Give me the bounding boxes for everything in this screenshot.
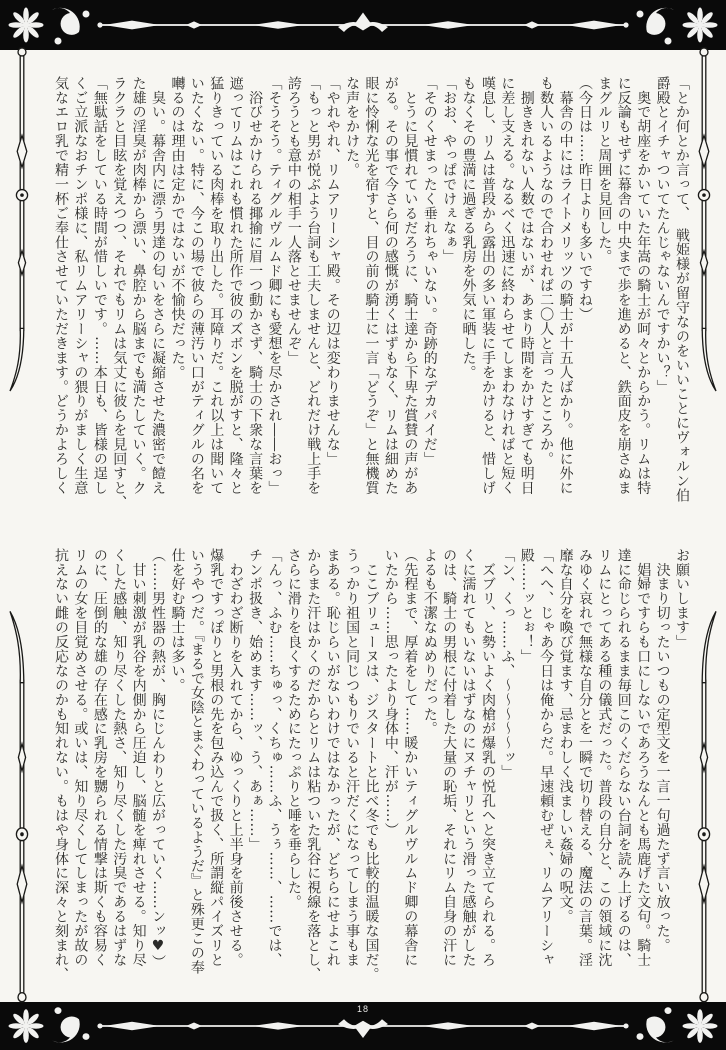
text-column: 「無駄話をしている時間が惜しいです。……本日も、皆様の逞し <box>89 76 108 538</box>
text-column: 「へへ、じゃあ今日は俺からだ。早速頼むぜぇ、リムアリーシャ <box>536 548 555 1010</box>
text-column: ズブリ、と勢いよく肉槍が爆乳の悦孔へと突き立てられる。ろ <box>478 548 497 1010</box>
text-column: （先程まで、厚着をして……暖かいティグルヴルムド卿の幕舎に <box>400 548 419 1010</box>
text-column: とうに見慣れているだろうに、騎士達から下卑た賞賛の声があ <box>400 76 419 538</box>
text-column: に差し支える。なるべく迅速に終わらせてしまわなければと短く <box>497 76 516 538</box>
text-column: ラクラと目眩を覚えつつ、それでもリムは気丈に彼らを見回すと、 <box>109 76 128 538</box>
text-column: うっかり祖国と同じつもりでいると汗だくになってしまう事もま <box>342 548 361 1010</box>
text-column: 臭い。幕舎内に漂う男達の匂いをさらに凝縮させた濃密で饐え <box>148 76 167 538</box>
corner-flower-icon <box>9 1009 44 1043</box>
text-column: 爵殿とイチャついてたんじゃないんですかい？」 <box>652 76 671 538</box>
text-column: 決まり切ったいつもの定型文を一言一句過たず言い放った。 <box>652 548 671 1010</box>
top-border-ornament <box>0 0 726 50</box>
text-column: 抗えない雌の反応なのかも知れない。もはや身体に深々と刻まれ、 <box>51 548 70 1010</box>
text-column: いうやつだ。『まるで女陰とまぐわっているようだ』と殊更この奉 <box>186 548 205 1010</box>
text-column: 「もっと男が悦ぶよう台詞も工夫しませんと、どれだけ戦上手を <box>303 76 322 538</box>
corner-scroll-icon <box>52 8 90 45</box>
text-column: 気なエロ乳で精一杯ご奉仕させていただきます。どうかよろしく <box>51 76 70 538</box>
text-column: くご立派なおチンポ様に、私リムアリーシャの猥りがましく生意 <box>70 76 89 538</box>
polearm-icon-bottom-left <box>7 608 37 1004</box>
text-column: チンポ扱き、始めます……ッ、う、あぁ……」 <box>245 548 264 1010</box>
text-column: 「おお、やっぱでけぇなぁ」 <box>439 76 458 538</box>
text-column: 捌ききれない人数ではないが、あまり時間をかけすぎても明日 <box>516 76 535 538</box>
text-column: リムの女を目覚めさせる。或いは、知り尽くしてしまったが故の <box>70 548 89 1010</box>
text-column: 爆乳ですっぽりと男根の先を包み込んで扱く、所謂縦パイズリと <box>206 548 225 1010</box>
text-column: よるも不潔なぬめりだった。 <box>419 548 438 1010</box>
corner-flower-icon <box>683 1009 718 1043</box>
text-column: いたから……思ったより身体中、汗が……） <box>381 548 400 1010</box>
text-column: 誇ろうとも意中の相手一人落とせませんぞ」 <box>283 76 302 538</box>
text-column: のに、圧倒的な雄の存在感に乳房を嬲られる情撃は斯くも容易く <box>89 548 108 1010</box>
text-column: くした感触、知り尽くした熱さ、知り尽くした汚臭であるはずな <box>109 548 128 1010</box>
text-column: 靡な自分を喚び覚ます、忌まわしく浅ましい姦婦の呪文。 <box>555 548 574 1010</box>
text-column: も数人いるようなので合わせれば二〇人と言ったところか。 <box>536 76 555 538</box>
page-number: 18 <box>0 1004 726 1014</box>
text-column: な声をかけた。 <box>342 76 361 538</box>
text-column: 娼婦ですらも口にしないであろうなんとも馬鹿げた文句。騎士 <box>633 548 652 1010</box>
novel-page: 18 <box>0 0 726 1050</box>
text-column: 猛りきっている肉棒を取り出した。耳障りだ。これ以上は聞いて <box>206 76 225 538</box>
text-column: た雄の淫臭が肉棒から漂い、鼻腔から脳までも満たしていく。ク <box>128 76 147 538</box>
text-column: からまた汗はかくのだからとリムは粘ついた乳谷に視線を落とし、 <box>303 548 322 1010</box>
text-tier-lower: お願いします」 決まり切ったいつもの定型文を一言一句過たず言い放った。 娼婦です… <box>50 548 691 1010</box>
text-column: 遮ってリムはこれも慣れた所作で彼のズボンを脱がすと、隆々と <box>225 76 244 538</box>
text-column: さらに滑りを良くするためにたっぷりと唾を垂らした。 <box>283 548 302 1010</box>
text-column: 幕舎の中にはライトメリッツの騎士が十五人ばかり。他に外に <box>555 76 574 538</box>
text-column: に反論もせずに幕舎の中央まで歩を進めると、鉄面皮を崩さぬま <box>613 76 632 538</box>
text-column: 「そうそう。ティグルヴルムド卿にも愛想を尽かされ――おっ」 <box>264 76 283 538</box>
text-column: 「ン、くっ……ふ、～～～～～ッ」 <box>497 548 516 1010</box>
text-column: がる。その事で今さら何の感慨が湧くはずもなく、リムは細めた <box>381 76 400 538</box>
text-column: のは、騎士の男根に付着した大量の恥垢、それにリム自身の汗に <box>439 548 458 1010</box>
text-column: リムにとってある種の儀式だった。普段の自分と、この領域に沈 <box>594 548 613 1010</box>
corner-scroll-icon <box>637 8 675 45</box>
divider-line-ornament <box>97 13 628 33</box>
text-column: 「そのくせまったく垂れちゃいない。奇跡的なデカパイだ」 <box>419 76 438 538</box>
text-column: 浴びせかけられる揶揄に眉一つ動かさず、騎士の下衆な言葉を <box>245 76 264 538</box>
polearm-icon-top-left <box>7 46 37 394</box>
corner-flower-icon <box>683 8 718 43</box>
text-tier-upper: 「とか何とか言って、 戦姫様が留守なのをいいことにヴォルン伯爵殿とイチャついてた… <box>50 76 691 538</box>
text-column: まグルリと周囲を見回した。 <box>594 76 613 538</box>
text-column: 「んっ、ふむ……ちゅっ、くちゅ……ふ、うぅ……、……では、 <box>264 548 283 1010</box>
text-column: みゆく哀れで無様な自分とを一瞬で切り替える、魔法の言葉。淫 <box>575 548 594 1010</box>
text-column: （……男性器の熱が、胸にじんわりと広がっていく……ンッ♥） <box>148 548 167 1010</box>
text-column: 奥で胡座をかいていた年嵩の騎士が呵々とからかう。リムは特 <box>633 76 652 538</box>
text-column: 「やれやれ、リムアリーシャ殿。その辺は変わりませんな」 <box>322 76 341 538</box>
text-column: いたくない。特に、今この場で彼らの薄汚い口がティグルの名を <box>186 76 205 538</box>
text-column: くに濡れてもいないはずなのにヌチャリという滑った感触がした <box>458 548 477 1010</box>
text-column: ここブリューヌは、ジスタートと比べ冬でも比較的温暖な国だ。 <box>361 548 380 1010</box>
text-column: 仕を好む騎士は多い。 <box>167 548 186 1010</box>
corner-flower-icon <box>9 8 44 43</box>
text-column: （今日は……昨日よりも多いですね） <box>575 76 594 538</box>
top-border-bar <box>0 0 726 50</box>
text-column: わざわざ断りを入れてから、ゆっくりと上半身を前後させる。 <box>225 548 244 1010</box>
text-column: 甘い刺激が乳谷を内側から圧迫し、脳髄を痺れさせる。知り尽 <box>128 548 147 1010</box>
text-column: 囀るのは理由は定かではないが不愉快だった。 <box>167 76 186 538</box>
text-column: 殿……ッとぉ！」 <box>516 548 535 1010</box>
text-column: 嘆息し、リムは普段から露出の多い軍装に手をかけると、惜しげ <box>478 76 497 538</box>
text-column: 達に命じられるまま毎回このくだらない台詞を読み上げるのは、 <box>613 548 632 1010</box>
divider-line-ornament <box>97 1019 628 1038</box>
polearm-icon-bottom-right <box>689 608 719 1004</box>
polearm-icon-top-right <box>689 46 719 394</box>
text-column: もなくその豊満に過ぎる乳房を外気に晒した。 <box>458 76 477 538</box>
text-column: 眼に怜悧な光を宿すと、目の前の騎士に一言「どうぞ」と無機質 <box>361 76 380 538</box>
text-column: まある。恥じらいがないわけではなかったが、どちらにせよこれ <box>322 548 341 1010</box>
